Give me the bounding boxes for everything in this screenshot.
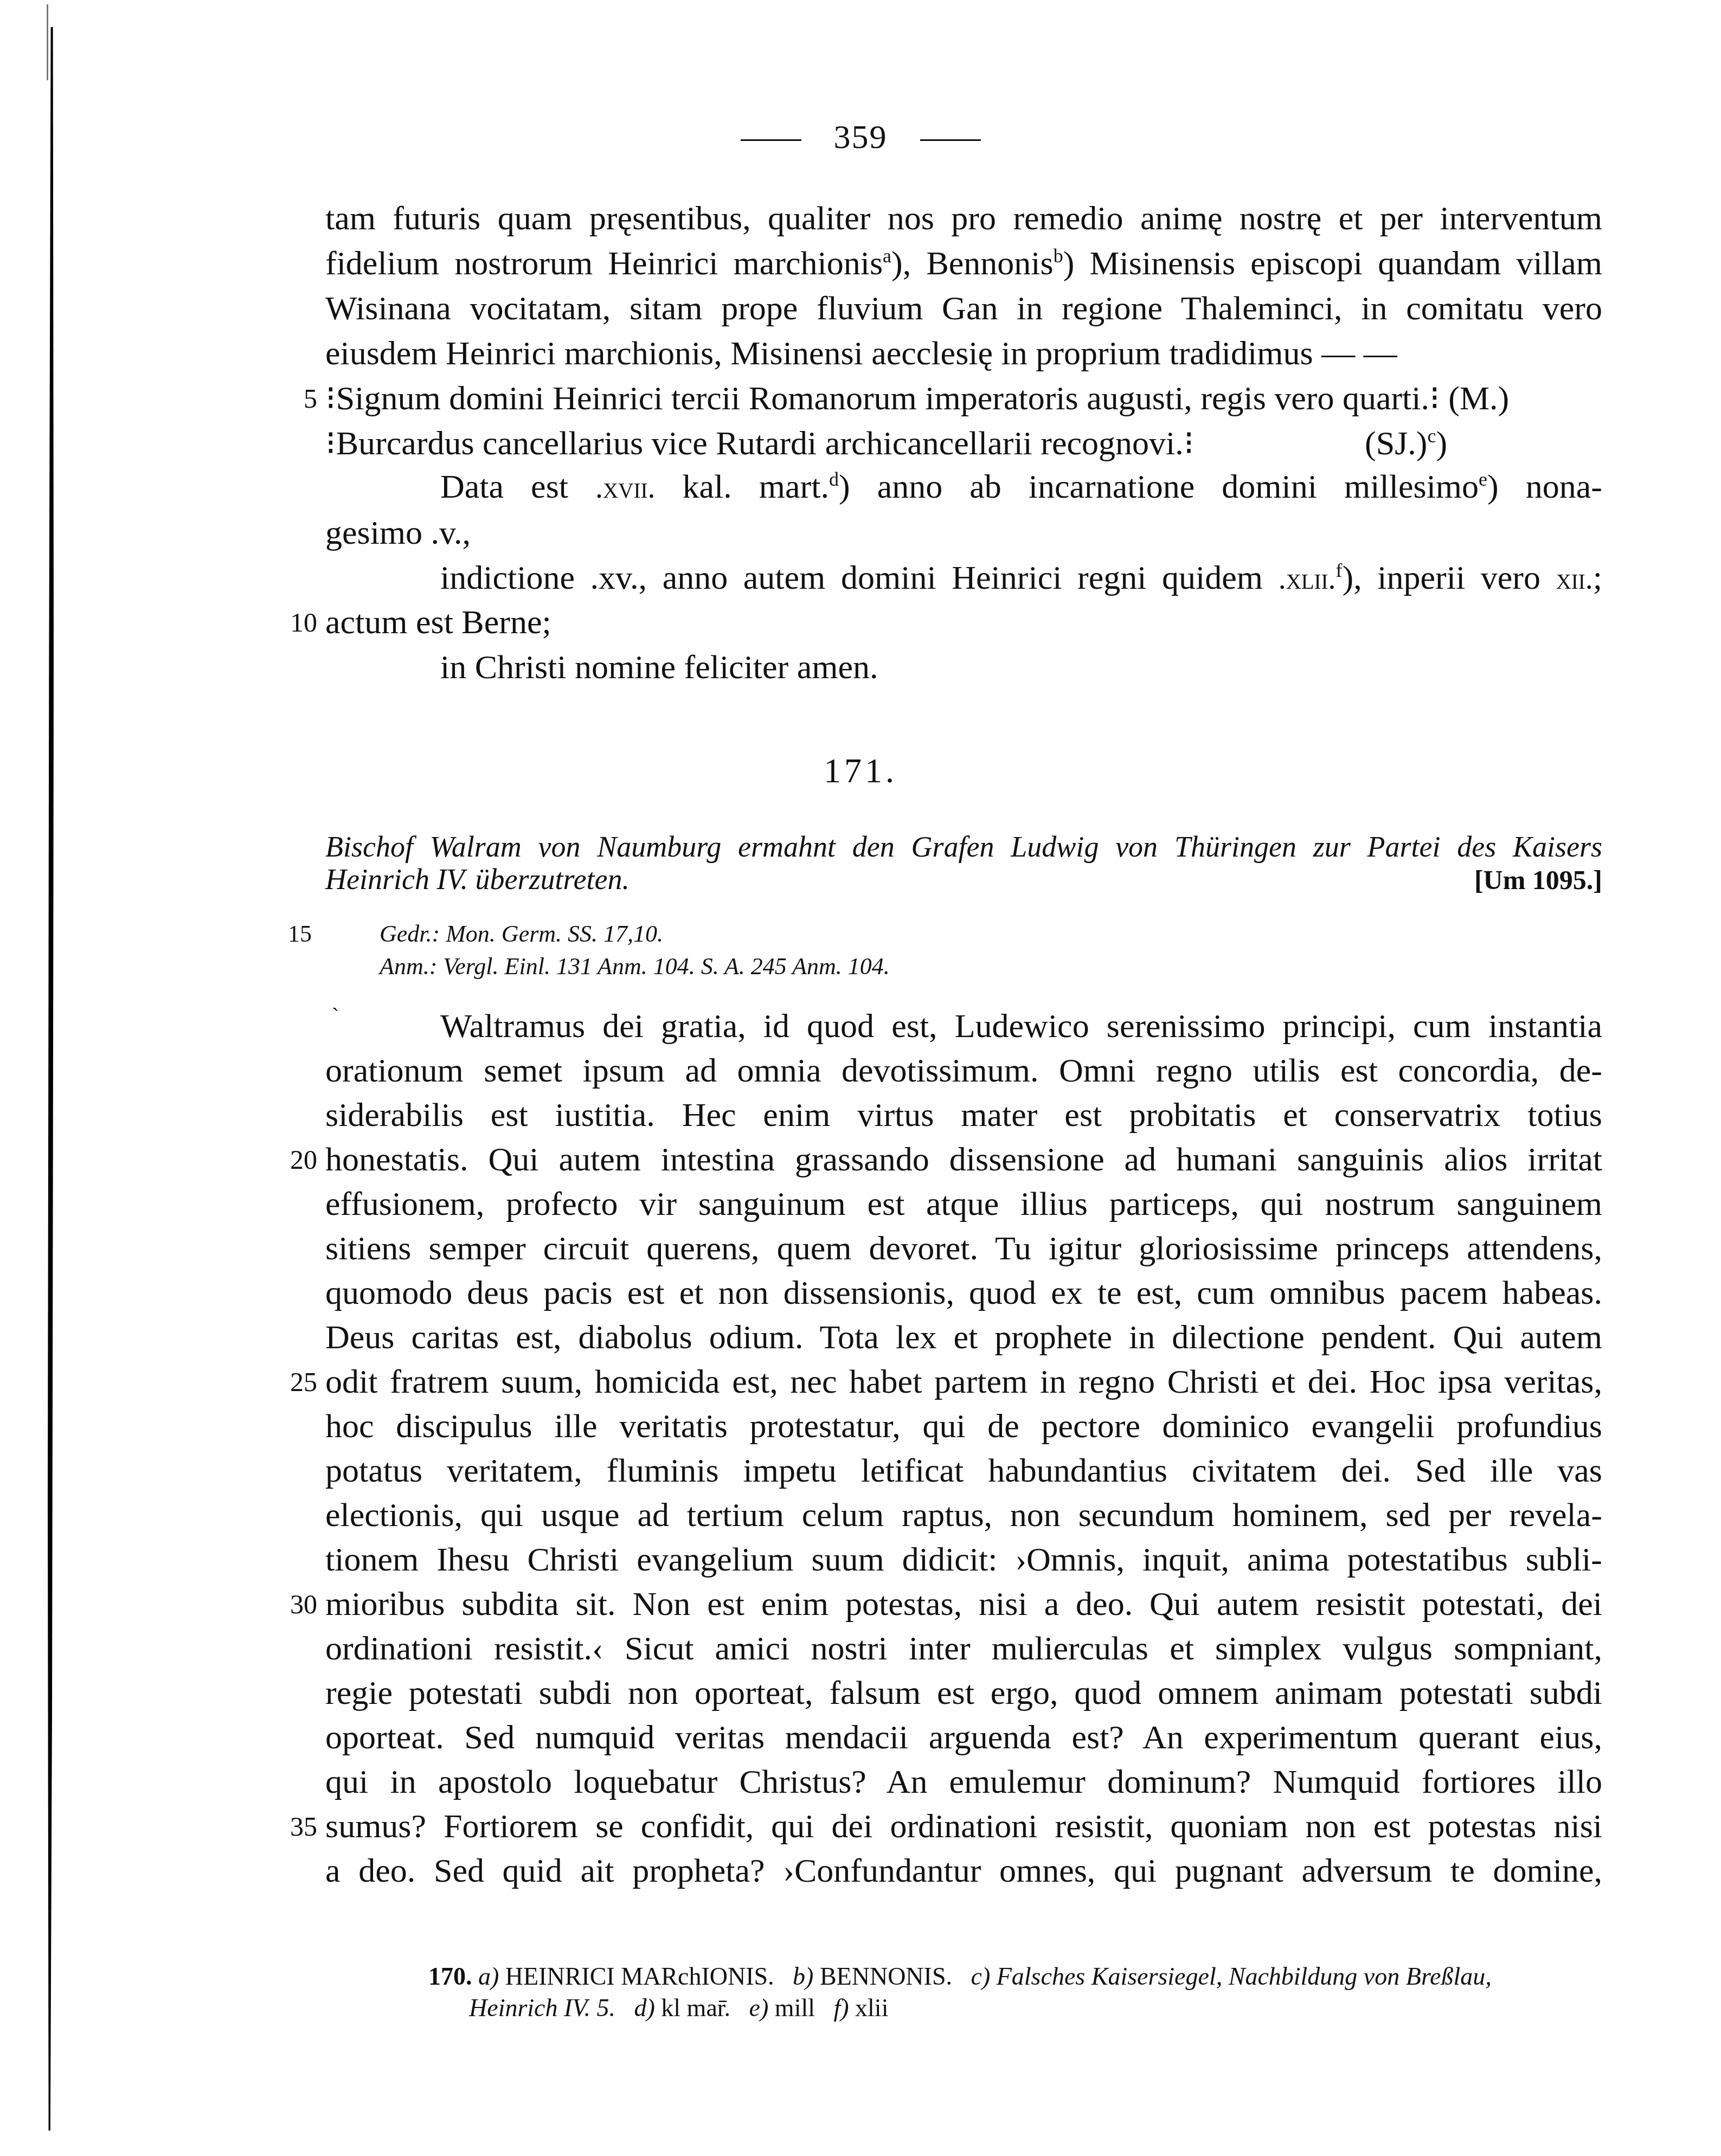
- text-line: sitiens semper circuit querens, quem dev…: [325, 1230, 1602, 1267]
- footnote-ref-a: a: [883, 245, 891, 267]
- text-line: actum est Berne;: [325, 603, 1602, 641]
- scan-mark: ˋ: [332, 1003, 339, 1028]
- line-number: 20: [287, 1141, 317, 1179]
- footnote-line: Heinrich IV. 5. d) kl mar̄. e) mill f) x…: [469, 1993, 888, 2023]
- text-line: in Christi nomine feliciter amen.: [440, 648, 1602, 686]
- text-line: quomodo deus pacis est et non dissension…: [325, 1274, 1602, 1312]
- text-line: honestatis. Qui autem intestina grassand…: [325, 1141, 1602, 1179]
- text-line: qui in apostolo loquebatur Christus? An …: [325, 1763, 1602, 1801]
- footnote-b: BENNONIS.: [820, 1962, 952, 1990]
- footnote-a: HEINRICI MARchIONIS.: [505, 1962, 774, 1990]
- footnote-line: 170. a) HEINRICI MARchIONIS. b) BENNONIS…: [428, 1961, 1492, 1992]
- text-line: gesimo .v.,: [325, 514, 1602, 552]
- scan-binding-shadow-top: [47, 4, 48, 80]
- seal-mark: (SJ.)c): [1365, 424, 1447, 462]
- line-number: 35: [287, 1807, 317, 1845]
- text-line: regie potestati subdi non oporteat, fals…: [325, 1674, 1602, 1712]
- charter-date: [Um 1095.]: [1474, 864, 1602, 896]
- text-line: siderabilis est iustitia. Hec enim virtu…: [325, 1096, 1602, 1134]
- scan-binding-edge: [48, 27, 56, 2131]
- text-line: electionis, qui usque ad tertium celum r…: [325, 1496, 1602, 1534]
- line-number: 5: [287, 379, 317, 417]
- text-line: sumus? Fortiorem se confidit, qui dei or…: [325, 1807, 1602, 1845]
- text-line: tionem Ihesu Christi evangelium suum did…: [325, 1541, 1602, 1579]
- line-number: 30: [287, 1585, 317, 1623]
- footnote-d: kl mar̄.: [661, 1994, 730, 2022]
- annotation-reference: Anm.: Vergl. Einl. 131 Anm. 104. S. A. 2…: [380, 951, 890, 982]
- text-line: eiusdem Heinrici marchionis, Misinensi a…: [325, 334, 1602, 372]
- footnote-ref-d: d: [829, 468, 839, 490]
- signum-line: ⁝Signum domini Heinrici tercii Romanorum…: [325, 379, 1529, 417]
- text-line: potatus veritatem, fluminis impetu letif…: [325, 1452, 1602, 1490]
- line-number: 15: [282, 915, 312, 953]
- line-number: 10: [287, 603, 317, 641]
- charter-number: 171.: [0, 751, 1721, 791]
- footnote-ref-c: c: [1427, 425, 1436, 447]
- text-line: Wisinana vocitatam, sitam prope fluvium …: [325, 289, 1602, 327]
- footnote-ref-e: e: [1479, 468, 1487, 490]
- text-line: tam futuris quam pręsentibus, qualiter n…: [325, 199, 1602, 237]
- text-line: Deus caritas est, diabolus odium. Tota l…: [325, 1318, 1602, 1356]
- page-number-dash-left: [741, 139, 801, 141]
- text-line: a deo. Sed quid ait propheta? ›Confundan…: [325, 1852, 1602, 1890]
- regest-line: Heinrich IV. überzutreten.: [325, 863, 1602, 896]
- regest-line: Bischof Walram von Naumburg ermahnt den …: [325, 831, 1602, 863]
- footnote-ref-f: f: [1336, 559, 1343, 581]
- text-line: odit fratrem suum, homicida est, nec hab…: [325, 1363, 1602, 1401]
- footnote-charter-ref: 170.: [428, 1962, 472, 1990]
- footnote-ref-b: b: [1054, 245, 1063, 267]
- text-line: oporteat. Sed numquid veritas mendacii a…: [325, 1719, 1602, 1756]
- text-line: mioribus subdita sit. Non est enim potes…: [325, 1585, 1602, 1623]
- page-number-dash-right: [920, 139, 981, 141]
- line-number: 25: [287, 1363, 317, 1401]
- text-line: Waltramus dei gratia, id quod est, Ludew…: [440, 1007, 1602, 1045]
- page-number: 359: [0, 118, 1721, 157]
- edition-reference: Gedr.: Mon. Germ. SS. 17,10.: [380, 919, 663, 949]
- text-line: hoc discipulus ille veritatis protestatu…: [325, 1407, 1602, 1445]
- footnote-f: xlii: [855, 1994, 888, 2022]
- footnote-e: mill: [775, 1994, 815, 2022]
- text-line: effusionem, profecto vir sanguinum est a…: [325, 1185, 1602, 1223]
- text-line: ordinationi resistit.‹ Sicut amici nostr…: [325, 1630, 1602, 1668]
- text-line: orationum semet ipsum ad omnia devotissi…: [325, 1052, 1602, 1090]
- footnote-c: Falsches Kaisersiegel, Nachbildung von B…: [997, 1962, 1492, 1990]
- text-line: fidelium nostrorum Heinrici marchionisa)…: [325, 244, 1602, 282]
- indiction-line: indictione .xv., anno autem domini Heinr…: [440, 559, 1602, 598]
- date-line: Data est .xvii. kal. mart.d) anno ab inc…: [440, 468, 1602, 507]
- footnote-c-cont: Heinrich IV. 5.: [469, 1994, 615, 2022]
- page-number-value: 359: [834, 119, 888, 156]
